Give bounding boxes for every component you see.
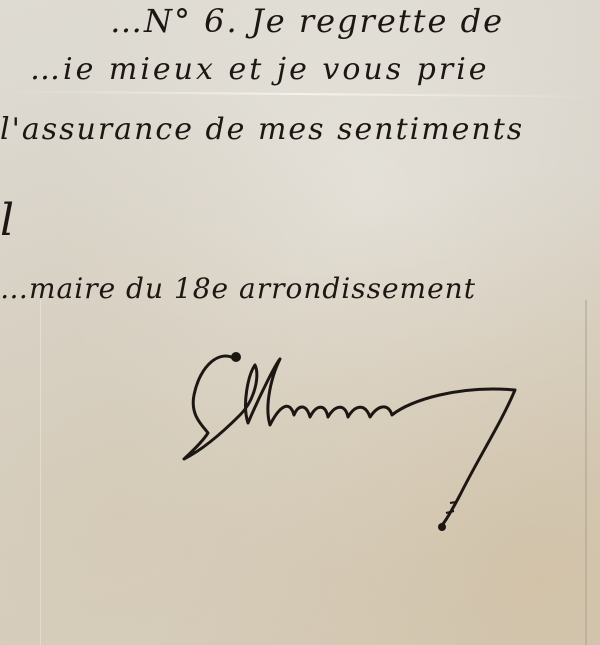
handwritten-line: …ie mieux et je vous prie — [30, 52, 490, 87]
paper-fold-crease — [40, 300, 41, 645]
handwritten-line: l — [0, 195, 14, 246]
handwritten-line: l'assurance de mes sentiments — [0, 112, 524, 147]
handwritten-line: …N° 6. Je regrette de — [110, 2, 504, 40]
signature-stroke-icon — [180, 345, 560, 545]
paper-fold-crease — [0, 90, 600, 97]
signature — [180, 345, 560, 550]
paper-edge-crease — [585, 300, 587, 645]
handwritten-line: …maire du 18e arrondissement — [0, 272, 476, 305]
letter-paper: …N° 6. Je regrette de …ie mieux et je vo… — [0, 0, 600, 645]
